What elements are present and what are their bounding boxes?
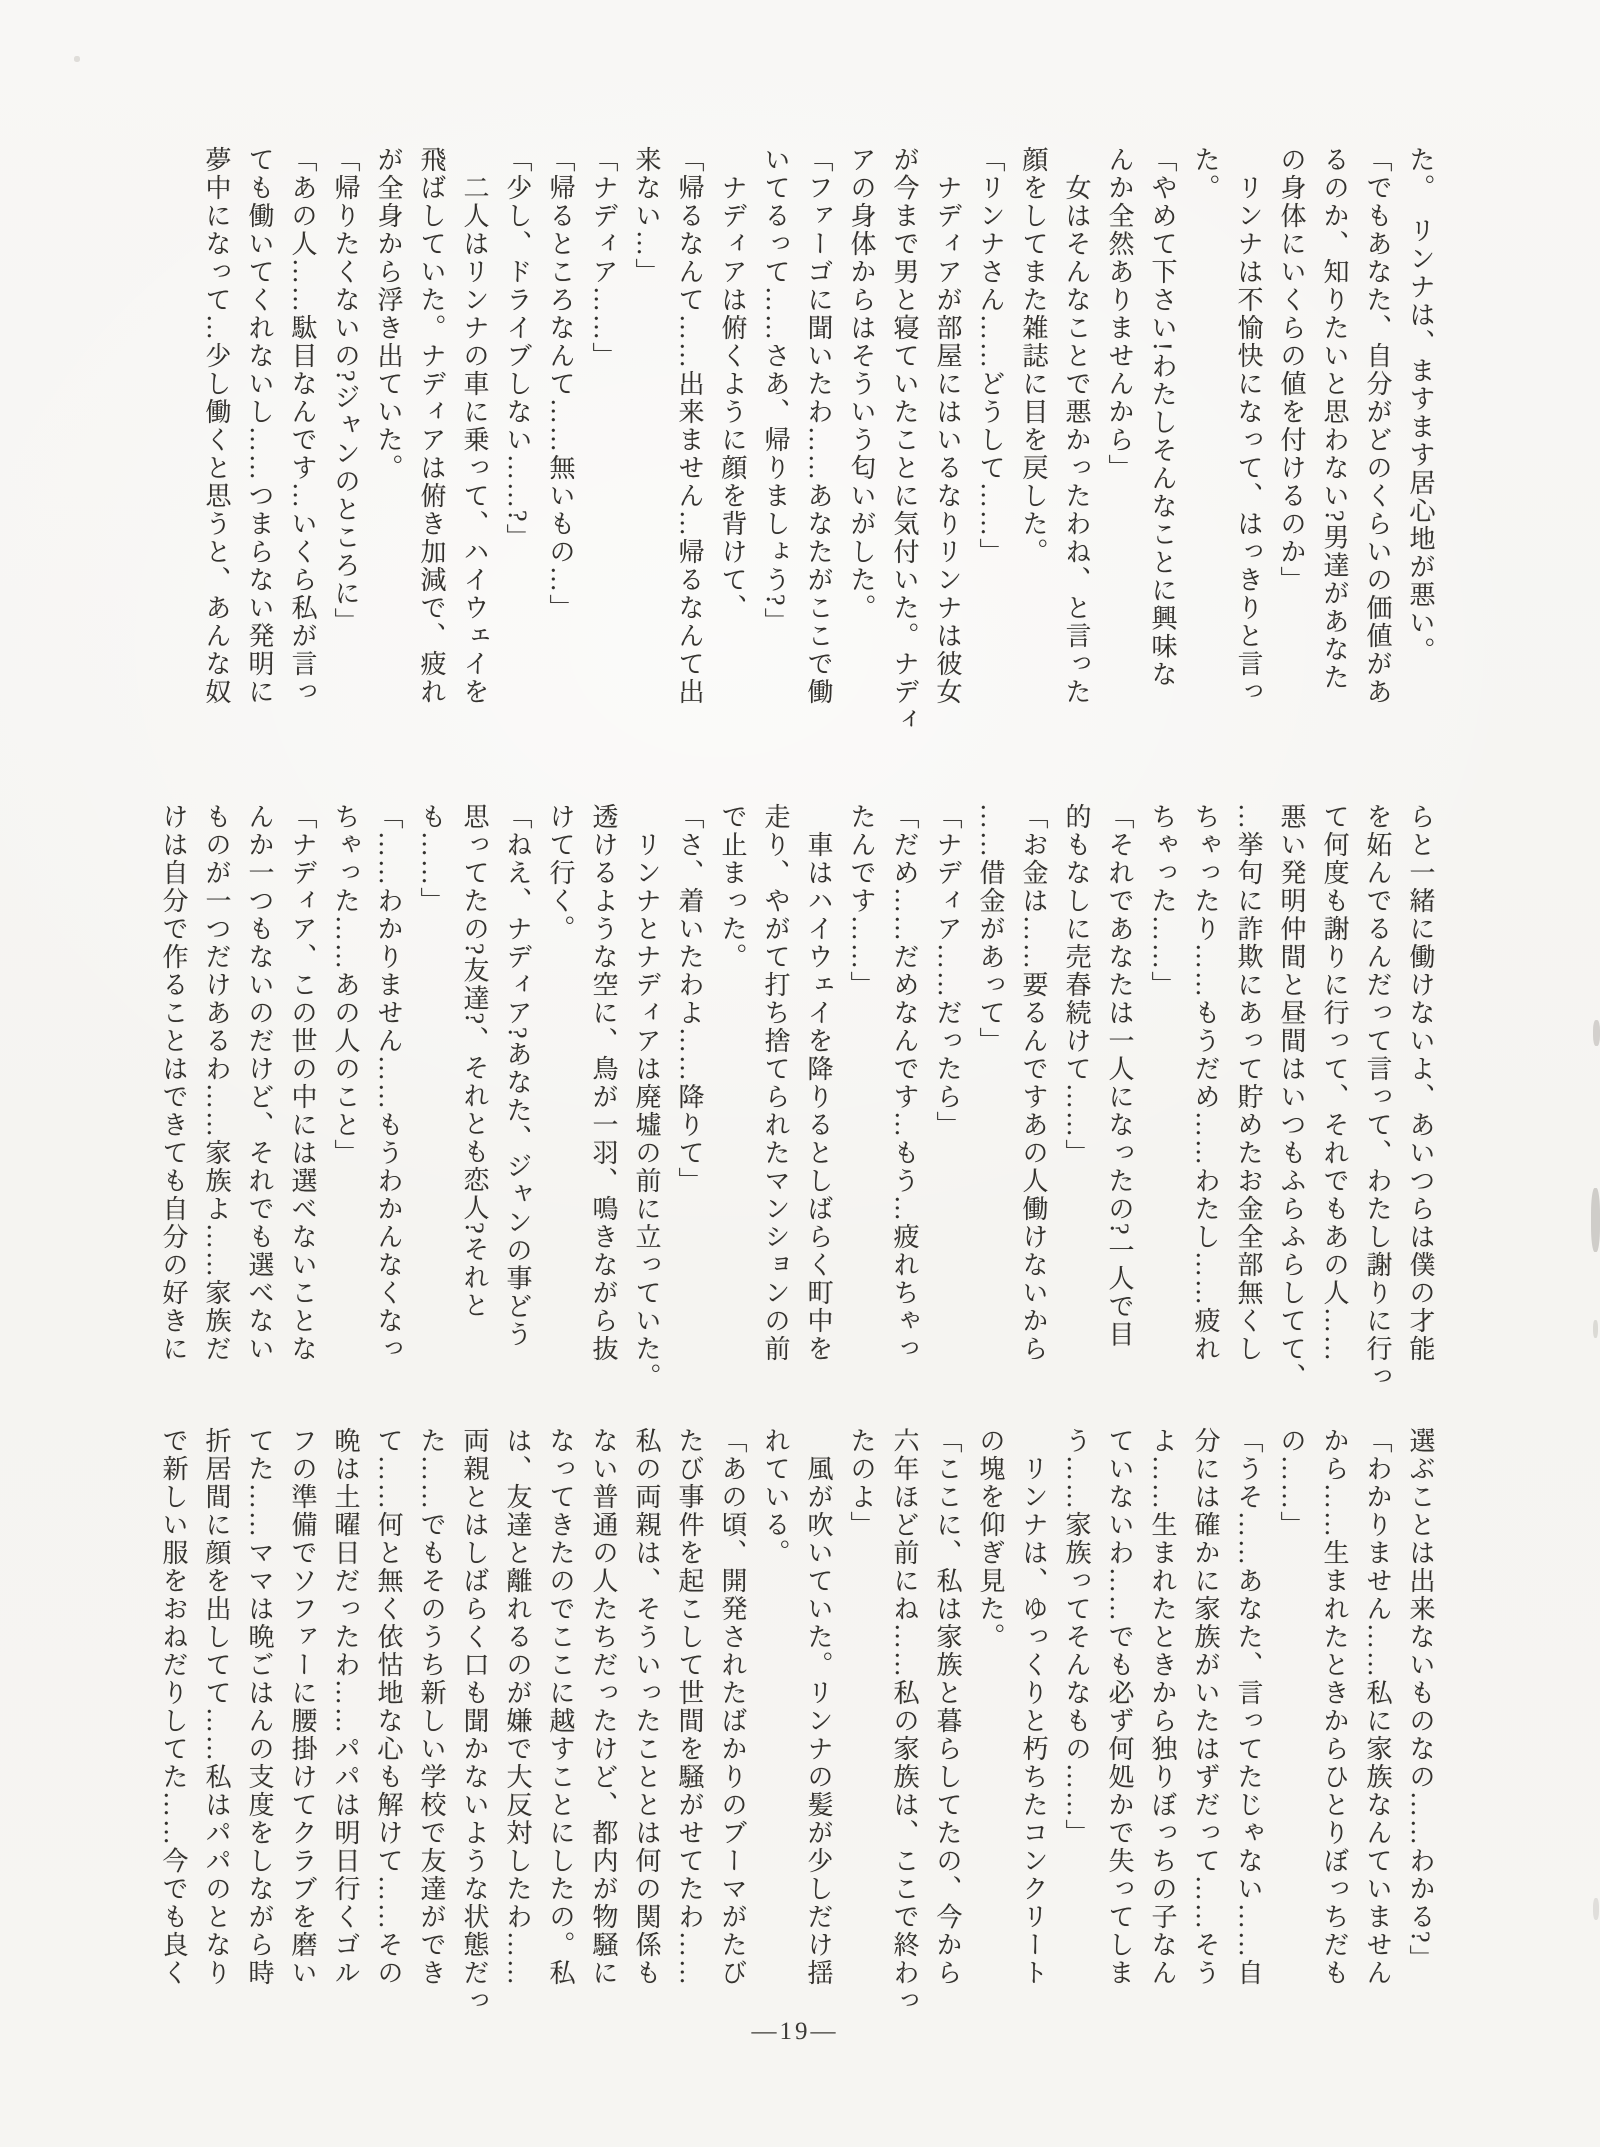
vertical-text-line: から……生まれたときからひとりぼっちだも: [1313, 1427, 1356, 2075]
vertical-text-line: 「ナディア……」: [582, 146, 625, 794]
vertical-text-line: ナディアは俯くように顔を背けて、: [711, 146, 754, 794]
vertical-text-line: 「わかりません……私に家族なんていません: [1356, 1427, 1399, 2075]
vertical-text-line: 「ナディア……だったら」: [926, 803, 969, 1451]
vertical-text-line: 「……わかりません……もうわかんなくなっ: [367, 803, 410, 1451]
vertical-text-line: んか全然ありませんから」: [1098, 146, 1141, 794]
vertical-text-line: けは自分で作ることはできても自分の好きに: [152, 803, 195, 1451]
vertical-text-line: で新しい服をおねだりしてた……今でも良く: [152, 1427, 195, 2075]
vertical-text-line: 飛ばしていた。ナディアは俯き加減で、疲れ: [410, 146, 453, 794]
vertical-text-line: 「お金は……要るんですあの人働けないから: [1012, 803, 1055, 1451]
vertical-text-line: 「帰るなんて……出来ません…帰るなんて出: [668, 146, 711, 794]
vertical-text-line: 選ぶことは出来ないものなの……わかる?」: [1399, 1427, 1442, 2075]
vertical-text-line: リンナとナディアは廃墟の前に立っていた。: [625, 803, 668, 1451]
vertical-text-line: 車はハイウェイを降りるとしばらく町中を: [797, 803, 840, 1451]
vertical-text-line: 「うそ……あなた、言ってたじゃない……自: [1227, 1427, 1270, 2075]
vertical-text-line: るのか、知りたいと思わない?男達があなた: [1313, 146, 1356, 794]
vertical-text-line: 風が吹いていた。リンナの髪が少しだけ揺: [797, 1427, 840, 2075]
vertical-text-line: 「帰りたくないの?ジャンのところに」: [324, 146, 367, 794]
scan-artifact: [74, 56, 80, 62]
vertical-text-line: 来ない…」: [625, 146, 668, 794]
vertical-text-line: 晩は土曜日だったわ……パパは明日行くゴル: [324, 1427, 367, 2075]
vertical-text-line: 「さ、着いたわよ……降りて」: [668, 803, 711, 1451]
vertical-text-line: ても働いてくれないし……つまらない発明に: [238, 146, 281, 794]
vertical-text-line: 二人はリンナの車に乗って、ハイウェイを: [453, 146, 496, 794]
vertical-text-line: 「でもあなた、自分がどのくらいの価値があ: [1356, 146, 1399, 794]
vertical-text-line: いてるって……さあ、帰りましょう?」: [754, 146, 797, 794]
scan-artifact: [1591, 1188, 1600, 1252]
scan-artifact: [1593, 1898, 1599, 1920]
vertical-text-line: リンナは不愉快になって、はっきりと言っ: [1227, 146, 1270, 794]
vertical-text-line: んか一つもないのだけど、それでも選べない: [238, 803, 281, 1451]
vertical-text-line: 私の両親は、そういったこととは何の関係も: [625, 1427, 668, 2075]
vertical-text-line: アの身体からはそういう匂いがした。: [840, 146, 883, 794]
vertical-text-line: ていないわ……でも必ず何処かで失ってしま: [1098, 1427, 1141, 2075]
text-block-bottom: 選ぶことは出来ないものなの……わかる?」「わかりません……私に家族なんていません…: [152, 1427, 1442, 2075]
vertical-text-line: 透けるような空に、鳥が一羽、鳴きながら抜: [582, 803, 625, 1451]
vertical-text-line: 「ここに、私は家族と暮らしてたの、今から: [926, 1427, 969, 2075]
vertical-text-line: ものが一つだけあるわ……家族よ……家族だ: [195, 803, 238, 1451]
vertical-text-line: れている。: [754, 1427, 797, 2075]
vertical-text-line: 「やめて下さい!わたしそんなことに興味な: [1141, 146, 1184, 794]
vertical-text-line: 「それであなたは一人になったの?一人で目: [1098, 803, 1141, 1451]
vertical-text-line: 「帰るところなんて……無いもの…」: [539, 146, 582, 794]
vertical-text-line: が全身から浮き出ていた。: [367, 146, 410, 794]
vertical-text-line: たんです……」: [840, 803, 883, 1451]
vertical-text-line: 「あの頃、開発されたばかりのブーマがたび: [711, 1427, 754, 2075]
page-number: ―19―: [0, 2018, 1590, 2046]
vertical-text-line: けて行く。: [539, 803, 582, 1451]
text-block-top: た。 リンナは、ますます居心地が悪い。「でもあなた、自分がどのくらいの価値がある…: [195, 146, 1442, 794]
vertical-text-line: 的もなしに売春続けて……」: [1055, 803, 1098, 1451]
vertical-text-line: も……」: [410, 803, 453, 1451]
scan-artifact: [1593, 1020, 1600, 1046]
vertical-text-line: 顔をしてまた雑誌に目を戻した。: [1012, 146, 1055, 794]
vertical-text-line: たのよ」: [840, 1427, 883, 2075]
text-block-middle: らと一緒に働けないよ、あいつらは僕の才能を妬んでるんだって言って、わたし謝りに行…: [152, 803, 1442, 1451]
vertical-text-line: なってきたのでここに越すことにしたの。私: [539, 1427, 582, 2075]
vertical-text-line: を妬んでるんだって言って、わたし謝りに行っ: [1356, 803, 1399, 1451]
vertical-text-line: 思ってたの?友達?、それとも恋人?それと: [453, 803, 496, 1451]
vertical-text-line: 走り、やがて打ち捨てられたマンションの前: [754, 803, 797, 1451]
vertical-text-line: てた……ママは晩ごはんの支度をしながら時: [238, 1427, 281, 2075]
page-background: た。 リンナは、ますます居心地が悪い。「でもあなた、自分がどのくらいの価値がある…: [0, 0, 1600, 2147]
vertical-text-line: の身体にいくらの値を付けるのか」: [1270, 146, 1313, 794]
vertical-text-line: た。: [1184, 146, 1227, 794]
vertical-text-line: 「ねえ、ナディア?あなた、ジャンの事どう: [496, 803, 539, 1451]
vertical-text-line: …挙句に詐欺にあって貯めたお金全部無くし: [1227, 803, 1270, 1451]
vertical-text-line: の塊を仰ぎ見た。: [969, 1427, 1012, 2075]
vertical-text-line: ……借金があって」: [969, 803, 1012, 1451]
vertical-text-line: 悪い発明仲間と昼間はいつもふらふらしてて、: [1270, 803, 1313, 1451]
scan-artifact: [1593, 1320, 1598, 1338]
vertical-text-line: て……何と無く依怙地な心も解けて……その: [367, 1427, 410, 2075]
vertical-text-line: フの準備でソファーに腰掛けてクラブを磨い: [281, 1427, 324, 2075]
vertical-text-line: リンナは、ゆっくりと朽ちたコンクリート: [1012, 1427, 1055, 2075]
vertical-text-line: 「少し、ドライブしない……?」: [496, 146, 539, 794]
vertical-text-line: たび事件を起こして世間を騒がせてたわ……: [668, 1427, 711, 2075]
vertical-text-line: ない普通の人たちだったけど、都内が物騒に: [582, 1427, 625, 2075]
vertical-text-line: ちゃった……あの人のこと」: [324, 803, 367, 1451]
vertical-text-line: 「ファーゴに聞いたわ……あなたがここで働: [797, 146, 840, 794]
vertical-text-line: う……家族ってそんなもの……」: [1055, 1427, 1098, 2075]
vertical-text-line: ちゃった……」: [1141, 803, 1184, 1451]
vertical-text-line: 両親とはしばらく口も聞かないような状態だっ: [453, 1427, 496, 2075]
vertical-text-line: 女はそんなことで悪かったわね、と言った: [1055, 146, 1098, 794]
vertical-text-line: 夢中になって…少し働くと思うと、あんな奴: [195, 146, 238, 794]
vertical-text-line: 「ナディア、この世の中には選べないことな: [281, 803, 324, 1451]
vertical-text-line: の……」: [1270, 1427, 1313, 2075]
vertical-text-line: 「リンナさん……どうして……」: [969, 146, 1012, 794]
vertical-text-line: 「あの人……駄目なんです…いくら私が言っ: [281, 146, 324, 794]
vertical-text-line: 「だめ……だめなんです…もう…疲れちゃっ: [883, 803, 926, 1451]
vertical-text-line: た……でもそのうち新しい学校で友達ができ: [410, 1427, 453, 2075]
vertical-text-line: て何度も謝りに行って、それでもあの人……: [1313, 803, 1356, 1451]
vertical-text-line: た。 リンナは、ますます居心地が悪い。: [1399, 146, 1442, 794]
vertical-text-line: ちゃったり……もうだめ……わたし……疲れ: [1184, 803, 1227, 1451]
vertical-text-line: よ……生まれたときから独りぼっちの子なん: [1141, 1427, 1184, 2075]
vertical-text-line: が今まで男と寝ていたことに気付いた。ナディ: [883, 146, 926, 794]
vertical-text-line: は、友達と離れるのが嫌で大反対したわ……: [496, 1427, 539, 2075]
vertical-text-line: 六年ほど前にね……私の家族は、ここで終わっ: [883, 1427, 926, 2075]
vertical-text-line: らと一緒に働けないよ、あいつらは僕の才能: [1399, 803, 1442, 1451]
scanned-page: { "page": { "number_label": "―19―", "bac…: [0, 0, 1600, 2147]
vertical-text-line: で止まった。: [711, 803, 754, 1451]
vertical-text-line: 分には確かに家族がいたはずだって……そう: [1184, 1427, 1227, 2075]
vertical-text-line: ナディアが部屋にはいるなりリンナは彼女: [926, 146, 969, 794]
vertical-text-line: 折居間に顔を出してて……私はパパのとなり: [195, 1427, 238, 2075]
